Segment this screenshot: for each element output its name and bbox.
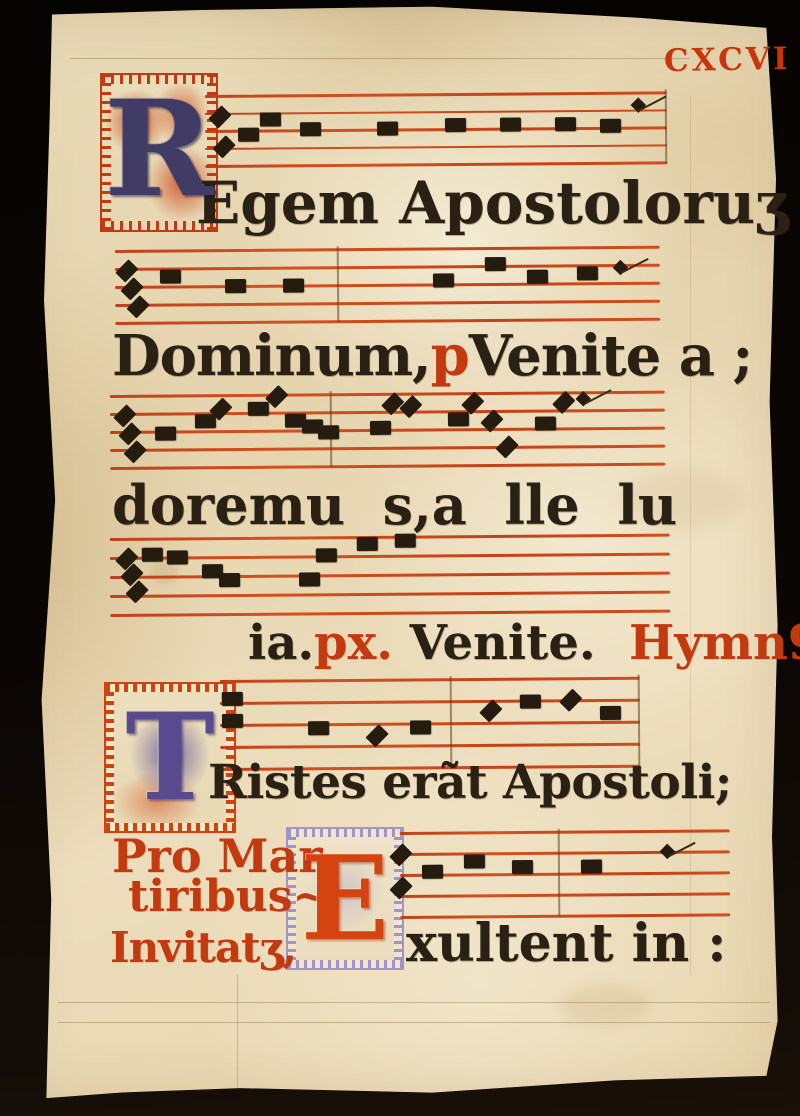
- diamond-note: [399, 395, 422, 418]
- staff-line: [205, 126, 667, 132]
- chant-text-line: tiribus~: [128, 872, 329, 923]
- staff-line: [110, 591, 670, 598]
- square-note: [445, 118, 466, 132]
- ruling-line: [237, 975, 238, 1090]
- illuminated-initial-E: E: [286, 827, 404, 970]
- square-note: [555, 117, 576, 131]
- staff-line: [400, 892, 730, 897]
- ink-text: Dominum,: [112, 323, 431, 389]
- square-note: [422, 865, 443, 879]
- chant-text-line: Ristes erãt Apostoli;: [208, 756, 732, 810]
- staff-line: [400, 871, 730, 876]
- music-staff: [205, 91, 668, 165]
- chant-text-line: doremu s,a lle lu: [112, 474, 677, 536]
- diamond-note: [213, 135, 236, 158]
- square-note: [577, 266, 598, 280]
- rubric-text: Hymn9: [629, 615, 800, 671]
- square-note: [433, 273, 454, 287]
- staff-line: [110, 445, 665, 452]
- square-note: [527, 270, 548, 284]
- parchment-stain: [560, 985, 650, 1025]
- square-note: [195, 414, 216, 428]
- ink-text: Ristes erãt Apostoli;: [208, 755, 732, 810]
- illuminated-initial-R: R: [100, 73, 218, 232]
- folio-number: CXCVI: [664, 41, 791, 79]
- square-note: [357, 537, 378, 551]
- square-note: [581, 859, 602, 873]
- square-note: [316, 548, 337, 562]
- staff-line: [205, 144, 667, 150]
- square-note: [283, 279, 304, 293]
- square-note: [219, 573, 240, 587]
- square-note: [500, 118, 521, 132]
- chant-text-line: Egem Apostoloruʒ: [196, 170, 788, 237]
- square-note: [377, 121, 398, 135]
- custos-mark: [660, 844, 676, 860]
- square-note: [370, 421, 391, 435]
- diamond-note: [479, 699, 502, 722]
- initial-letter-T: T: [125, 698, 214, 818]
- ink-text: ia.: [248, 615, 314, 671]
- square-note: [167, 550, 188, 564]
- rubric-text: p: [431, 323, 469, 389]
- ink-text: Egem Apostoloruʒ: [196, 169, 788, 237]
- square-note: [222, 714, 243, 728]
- diamond-note: [559, 689, 582, 712]
- square-note: [308, 721, 329, 735]
- square-note: [318, 425, 339, 439]
- square-note: [299, 572, 320, 586]
- custos-mark: [613, 260, 629, 276]
- ink-text: doremu s,a lle lu: [112, 473, 677, 537]
- square-note: [520, 694, 541, 708]
- chant-text-line: Invitatʒ,: [110, 924, 296, 972]
- ink-text: Venite.: [393, 615, 629, 671]
- square-note: [238, 128, 259, 142]
- staff-bar-line: [337, 246, 339, 322]
- square-note: [225, 279, 246, 293]
- staff-line: [220, 743, 640, 749]
- square-note: [260, 112, 281, 126]
- initial-letter-E: E: [301, 841, 389, 957]
- staff-line: [115, 282, 660, 289]
- music-staff: [110, 534, 671, 614]
- square-note: [410, 720, 431, 734]
- staff-line: [110, 553, 670, 560]
- square-note: [160, 269, 181, 283]
- chant-text-line: ia.px. Venite. Hymn9: [248, 616, 800, 671]
- staff-bar-line: [665, 89, 667, 163]
- square-note: [464, 854, 485, 868]
- ruling-line: [70, 58, 690, 59]
- ruling-line: [58, 1002, 770, 1003]
- square-note: [222, 692, 243, 706]
- ruling-line: [58, 1022, 770, 1023]
- music-staff: [400, 829, 731, 916]
- manuscript-photo: CXCVI R T E Egem ApostoloruʒDominum,pVen…: [0, 0, 800, 1116]
- rubric-text: Invitatʒ,: [110, 923, 296, 972]
- chant-text-line: xultent in :: [406, 914, 726, 974]
- square-note: [485, 257, 506, 271]
- staff-bar-line: [558, 829, 560, 917]
- chant-text-line: Dominum,pVenite a ;: [112, 324, 752, 388]
- ink-text: Venite a ;: [469, 323, 752, 389]
- square-note: [535, 416, 556, 430]
- square-note: [155, 426, 176, 440]
- initial-letter-R: R: [104, 84, 214, 216]
- diamond-note: [496, 435, 519, 458]
- music-staff: [115, 246, 661, 322]
- ink-text: xultent in :: [406, 913, 726, 974]
- square-note: [448, 412, 469, 426]
- square-note: [512, 860, 533, 874]
- staff-line: [400, 850, 730, 855]
- square-note: [248, 402, 269, 416]
- rubric-text: tiribus~: [128, 871, 329, 922]
- staff-line: [110, 572, 670, 579]
- rubric-text: px.: [314, 615, 393, 671]
- square-note: [600, 119, 621, 133]
- square-note: [142, 548, 163, 562]
- staff-line: [115, 300, 660, 307]
- music-staff: [110, 391, 666, 467]
- square-note: [300, 122, 321, 136]
- square-note: [600, 706, 621, 720]
